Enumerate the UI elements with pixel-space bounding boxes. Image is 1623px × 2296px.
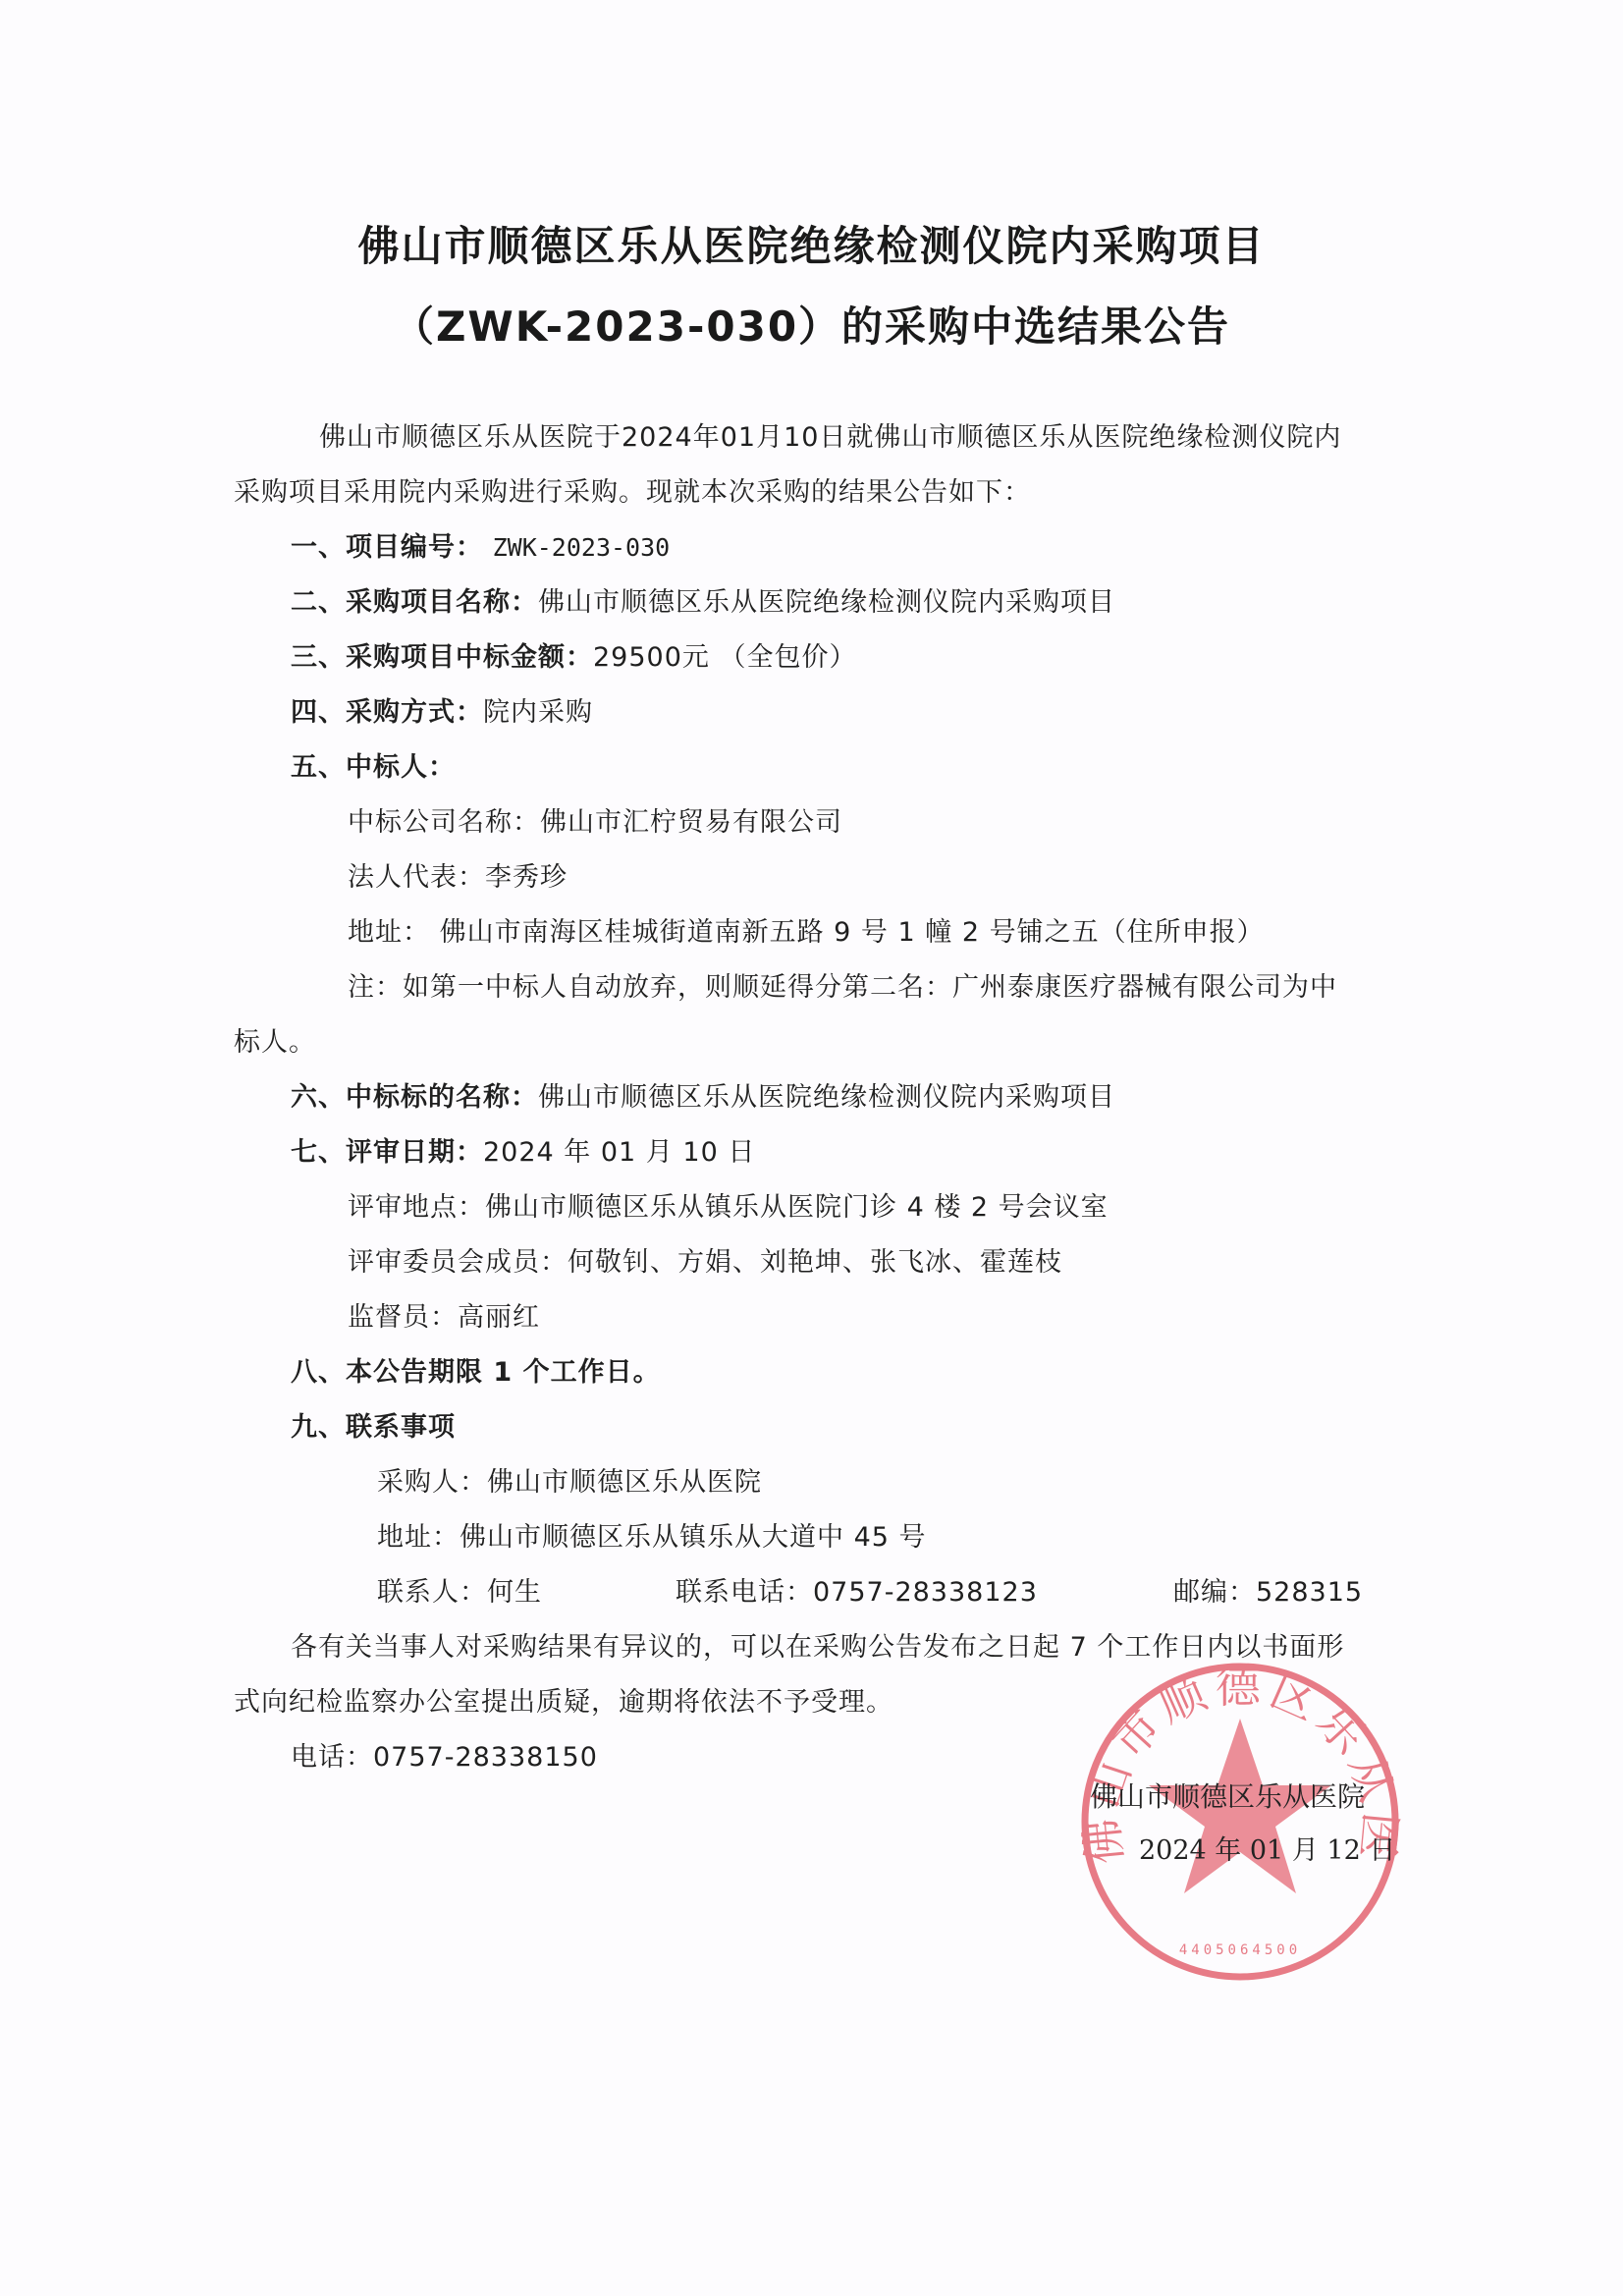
section-3: 三、采购项目中标金额：29500元 （全包价） <box>291 640 856 676</box>
review-location: 评审地点：佛山市顺德区乐从镇乐从医院门诊 4 楼 2 号会议室 <box>348 1190 1109 1226</box>
section-9-label: 九、联系事项 <box>291 1410 456 1446</box>
section-4: 四、采购方式：院内采购 <box>291 695 593 731</box>
section-4-label: 四、采购方式： <box>291 697 483 728</box>
section-7: 七、评审日期：2024 年 01 月 10 日 <box>291 1135 755 1171</box>
supervisor: 监督员：高丽红 <box>348 1300 540 1336</box>
review-date: 2024 年 01 月 10 日 <box>483 1137 755 1168</box>
bid-subject-name: 佛山市顺德区乐从医院绝缘检测仪院内采购项目 <box>538 1082 1115 1113</box>
signature-date: 2024 年 01 月 12 日 <box>1139 1829 1395 1867</box>
seal-icon: 佛山市顺德区乐从医院 4405064500 <box>1078 1660 1402 1984</box>
note-line-1: 注：如第一中标人自动放弃，则顺延得分第二名：广州泰康医疗器械有限公司为中 <box>348 970 1337 1006</box>
legal-representative: 法人代表：李秀珍 <box>348 860 568 896</box>
section-6: 六、中标标的名称：佛山市顺德区乐从医院绝缘检测仪院内采购项目 <box>291 1080 1115 1116</box>
postcode: 邮编：528315 <box>1173 1575 1363 1611</box>
project-name: 佛山市顺德区乐从医院绝缘检测仪院内采购项目 <box>538 587 1115 618</box>
contact-phone: 联系电话：0757-28338123 <box>676 1575 1038 1611</box>
section-3-label: 三、采购项目中标金额： <box>291 642 593 673</box>
section-2: 二、采购项目名称：佛山市顺德区乐从医院绝缘检测仪院内采购项目 <box>291 585 1115 621</box>
bid-amount: 29500元 （全包价） <box>593 642 856 673</box>
company-address: 地址： 佛山市南海区桂城街道南新五路 9 号 1 幢 2 号铺之五（住所申报） <box>348 915 1265 951</box>
section-2-label: 二、采购项目名称： <box>291 587 538 618</box>
title-line-1: 佛山市顺德区乐从医院绝缘检测仪院内采购项目 <box>0 214 1623 273</box>
project-number: ZWK-2023-030 <box>493 533 671 562</box>
review-committee: 评审委员会成员：何敬钊、方娟、刘艳坤、张飞冰、霍莲枝 <box>348 1245 1062 1281</box>
official-seal: 佛山市顺德区乐从医院 4405064500 <box>1078 1660 1402 1984</box>
procurement-method: 院内采购 <box>483 697 593 728</box>
section-6-label: 六、中标标的名称： <box>291 1082 538 1113</box>
section-7-label: 七、评审日期： <box>291 1137 483 1168</box>
signature-organization: 佛山市顺德区乐从医院 <box>1090 1776 1365 1815</box>
purchaser-address: 地址：佛山市顺德区乐从镇乐从大道中 45 号 <box>377 1520 927 1556</box>
svg-text:4405064500: 4405064500 <box>1179 1942 1301 1958</box>
contact-person: 联系人：何生 <box>377 1575 542 1611</box>
objection-line-2: 式向纪检监察办公室提出质疑，逾期将依法不予受理。 <box>234 1685 893 1721</box>
section-1: 一、项目编号： ZWK-2023-030 <box>291 530 670 566</box>
purchaser: 采购人：佛山市顺德区乐从医院 <box>377 1465 762 1501</box>
intro-line-1: 佛山市顺德区乐从医院于2024年01月10日就佛山市顺德区乐从医院绝缘检测仪院内 <box>319 420 1341 456</box>
section-5-label: 五、中标人： <box>291 750 456 786</box>
winning-company: 中标公司名称：佛山市汇柠贸易有限公司 <box>348 805 842 841</box>
section-8: 八、本公告期限 1 个工作日。 <box>291 1355 661 1391</box>
complaint-phone: 电话：0757-28338150 <box>291 1740 598 1776</box>
note-line-2: 标人。 <box>234 1025 316 1061</box>
section-1-label: 一、项目编号： <box>291 532 483 563</box>
intro-line-2: 采购项目采用院内采购进行采购。现就本次采购的结果公告如下： <box>234 475 1031 511</box>
document-page: 佛山市顺德区乐从医院绝缘检测仪院内采购项目 （ZWK-2023-030）的采购中… <box>0 0 1623 2296</box>
title-line-2: （ZWK-2023-030）的采购中选结果公告 <box>0 295 1623 354</box>
